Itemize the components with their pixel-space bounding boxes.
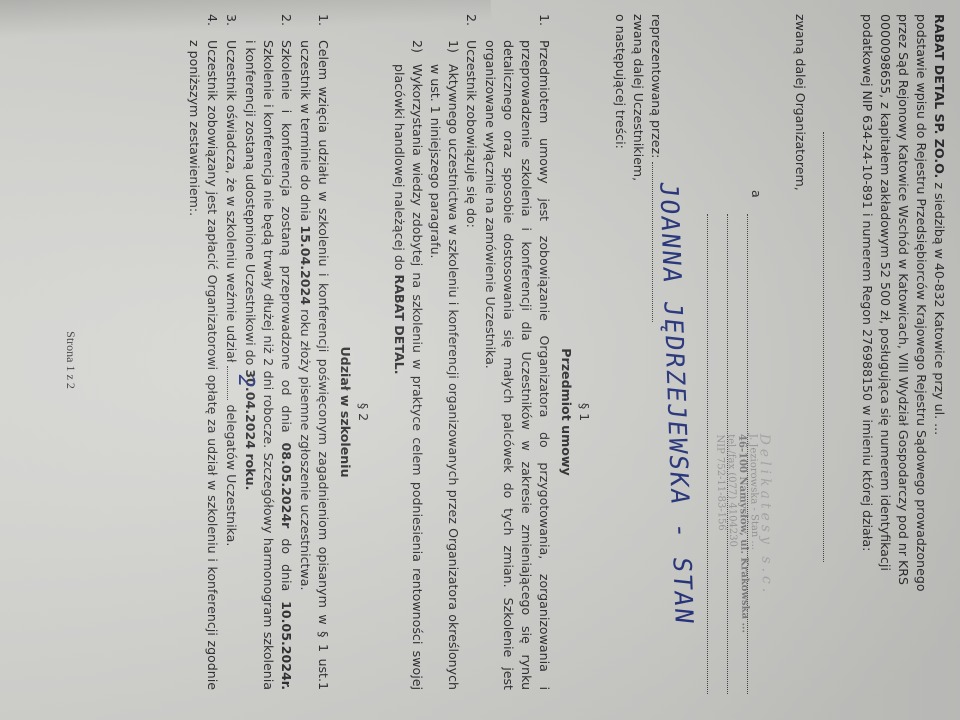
paragraph-number: 1. [314,14,332,26]
conjunction-a: a [747,190,765,198]
company-name: RABAT DETAL SP. ZO.O. [932,14,947,178]
paragraph-number: 4. [203,14,221,26]
organizer-label: zwaną dalej Organizatorem, [791,14,809,690]
paragraph-text: delegatów Uczestnika. [224,400,239,546]
header-line-5: podatkowej NIP 634-24-10-891 i numerem R… [858,14,876,690]
paragraph: 1. Przedmiotem umowy jest zobowiązanie O… [481,14,553,690]
header-line-2: podstawie wpisu do Rejestru Przedsiębior… [912,14,930,690]
list-item: 1) Aktywnego uczestnictwa w szkoleniu i … [426,40,462,690]
item-text: Wykorzystania wiedzy zdobytej na szkolen… [392,64,425,690]
paragraph-text: Uczestnik zobowiązany jest zapłacić Orga… [187,40,220,690]
paragraph-text: Przedmiotem umowy jest zobowiązanie Orga… [483,40,552,690]
blank-dotted-line [823,132,838,562]
paragraph-text: Celem wzięcia udziału w szkoleniu i konf… [298,40,331,690]
document-photo: RABAT DETAL SP. ZO.O. z siedzibą w 40-83… [0,0,960,720]
section-title: Przedmiot umowy [557,134,575,690]
paragraph-number: 2. [277,14,295,26]
header-line-1: RABAT DETAL SP. ZO.O. z siedzibą w 40-83… [930,14,948,690]
bold-date-text: 15.04.2024 [298,225,313,305]
section-1: § 1 Przedmiot umowy 1. Przedmiotem umowy… [390,14,593,690]
page-number: Strona 1 z 2 [64,331,78,389]
paragraph-text: Szkolenie i konferencja zostaną przeprow… [243,40,294,690]
paragraph-number: 1. [535,14,553,26]
bold-date-text: 10.05.2024r. [279,601,294,690]
page-content: RABAT DETAL SP. ZO.O. z siedzibą w 40-83… [184,14,948,690]
paragraph-number: 2. [462,14,480,26]
item-number: 1) [444,40,462,53]
content-intro: o następującej treści: [611,14,629,690]
company-header: RABAT DETAL SP. ZO.O. z siedzibą w 40-83… [858,14,948,690]
paragraph-text: Uczestnik zobowiązuje się do: [464,40,479,228]
handwritten-delegates-count: 2 [236,373,254,389]
paragraph-text: Uczestnik oświadcza, że w szkoleniu weźm… [224,40,239,366]
representation-block: reprezentowaną przez: JOANNA JĘDRZEJEWSK… [611,14,665,690]
paragraph: 4. Uczestnik zobowiązany jest zapłacić O… [185,14,221,690]
section-mark: § 2 [354,134,372,690]
delegates-count-field: 2 [227,366,240,400]
list-item: 2) Wykorzystania wiedzy zdobytej na szko… [390,40,426,690]
header-line-3: przez Sąd Rejonowy Katowice Wschód w Kat… [894,14,912,690]
contract-page: RABAT DETAL SP. ZO.O. z siedzibą w 40-83… [0,0,960,720]
paragraph: 3. Uczestnik oświadcza, że w szkoleniu w… [222,14,240,690]
section-2-paragraphs: 1. Celem wzięcia udziału w szkoleniu i k… [185,14,332,690]
text-run: Szkolenie i konferencja nie będą trwały … [243,40,276,690]
paragraph-number: 3. [222,14,240,26]
section-mark: § 1 [575,134,593,690]
company-short-name: RABAT DETAL. [392,275,407,375]
section-1-paragraphs: 1. Przedmiotem umowy jest zobowiązanie O… [390,14,553,690]
bold-date-text: 08.05.2024r [279,443,294,529]
participant-details: a Delikatesy s.c. J. Jeziorowska - Stan … [695,14,765,690]
page-footer: Strona 1 z 2 [62,0,80,720]
obligations-list: 1) Aktywnego uczestnictwa w szkoleniu i … [390,40,462,690]
paragraph: 1. Celem wzięcia udziału w szkoleniu i k… [296,14,332,690]
participant-line-3 [707,214,709,694]
header-line-4: 0000098655, z kapitałem zakładowym 52 50… [876,14,894,690]
text-run: roku złoży pisemne zgłoszenie uczestnict… [298,305,313,590]
paragraph: 2. Uczestnik zobowiązuje się do: 1) Akty… [390,14,480,690]
represented-by-label: reprezentowaną przez: [647,14,665,158]
section-title: Udział w szkoleniu [336,134,354,690]
item-number: 2) [408,40,426,53]
item-text: Aktywnego uczestnictwa w szkoleniu i kon… [428,64,461,690]
participant-label: zwaną dalej Uczestnikiem, [629,14,647,690]
paragraph: 2. Szkolenie i konferencja zostaną przep… [241,14,295,690]
section-2: § 2 Udział w szkoleniu 1. Celem wzięcia … [185,14,372,690]
text-run: Szkolenie i konferencja zostaną przeprow… [279,40,294,443]
company-stamp: Delikatesy s.c. J. Jeziorowska - Stan ..… [714,434,772,634]
text-run: do dnia [279,528,294,601]
